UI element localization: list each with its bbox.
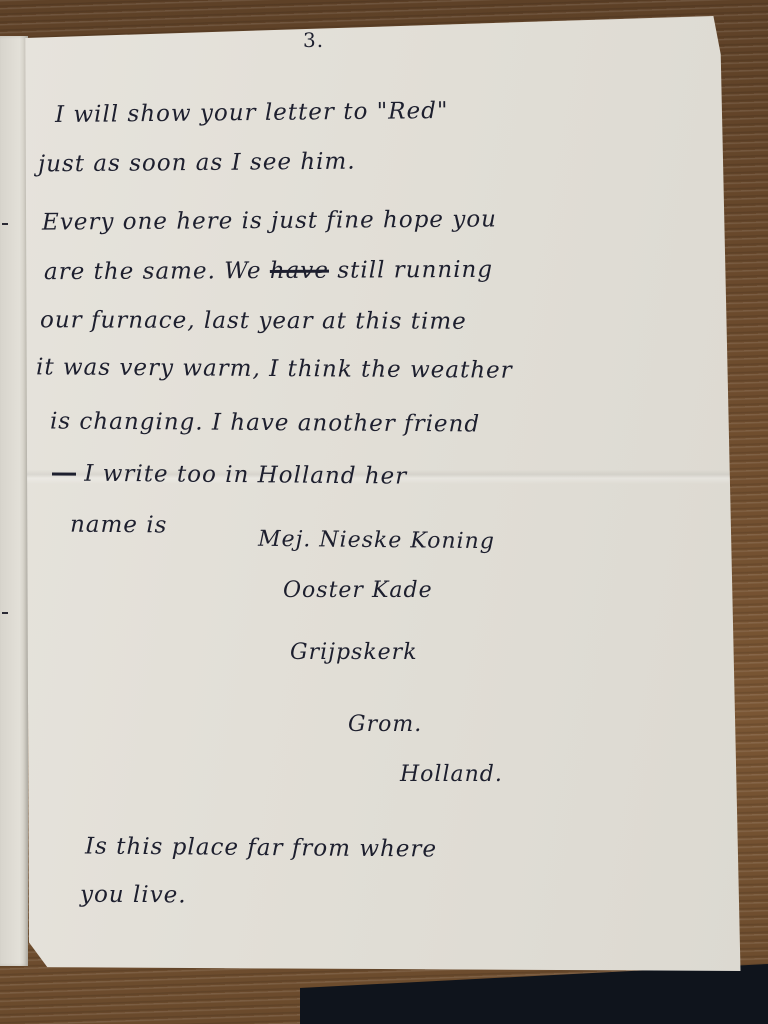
address-recipient: Mej. Nieske Koning [258,527,495,554]
letter-line-8: — I write too in Holland her [52,460,407,489]
letter-line-7: is changing. I have another friend [50,408,480,437]
letter-line-9: name is [70,512,168,539]
letter-line-6: it was very warm, I think the weather [36,354,513,383]
crossed-out-mark: — [52,460,76,486]
address-country: Holland. [400,762,503,787]
crossed-out-word: have [270,258,329,284]
line-8-text: I write too in Holland her [84,461,407,490]
closing-line-2: you live. [80,882,187,909]
letter-line-5: our furnace, last year at this time [40,307,467,334]
letter-line-4: are the same. We have still running [44,257,493,285]
underlying-letter-page [0,36,28,966]
closing-line-1: Is this place far from where [85,833,437,862]
address-street: Ooster Kade [283,578,433,603]
letter-line-1: I will show your letter to "Red" [55,98,449,128]
address-province: Grom. [348,712,422,737]
underlying-ink-mark [2,612,8,614]
underlying-ink-mark [2,223,8,225]
line-4-text-after: still running [337,257,493,284]
letter-line-2: just as soon as I see him. [38,149,356,178]
line-4-text-before: are the same. We [44,258,262,285]
letter-line-3: Every one here is just fine hope you [42,206,497,235]
address-town: Grijpskerk [290,640,418,665]
address-name: Nieske Koning [319,527,495,554]
page-number: 3. [303,28,324,52]
address-prefix: Mej. [258,527,312,553]
